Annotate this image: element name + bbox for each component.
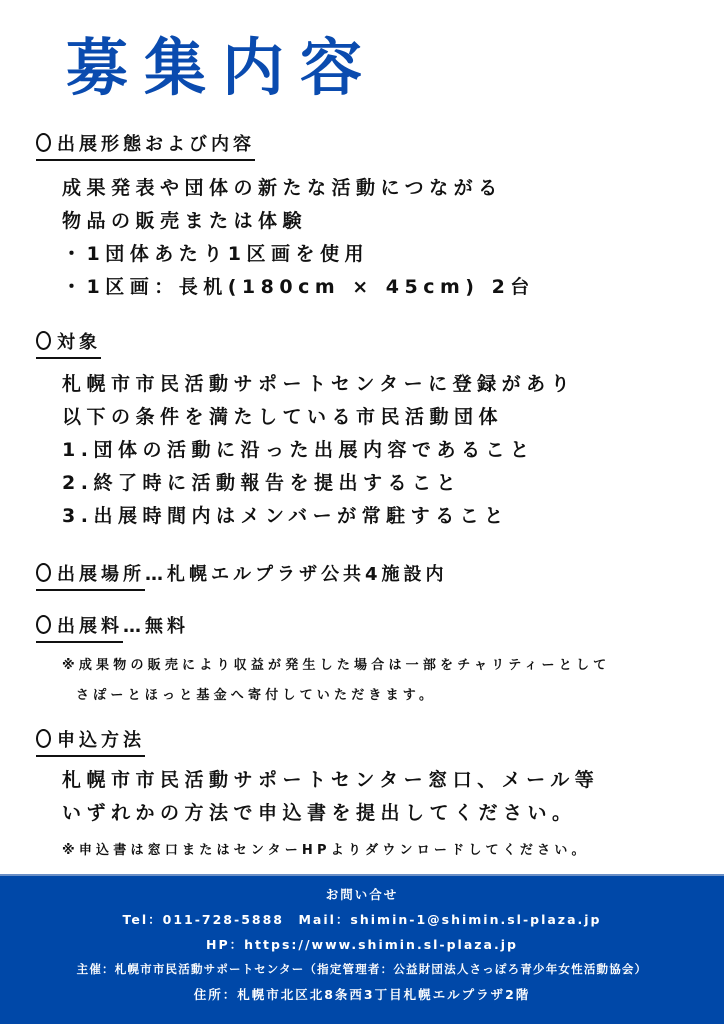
heading-text: 申込方法 — [57, 730, 145, 751]
footer-heading: お問い合せ — [0, 882, 724, 907]
section-body-target: 札幌市市民活動サポートセンターに登録があり 以下の条件を満たしている市民活動団体… — [62, 368, 575, 533]
page-title: 募集内容 — [66, 28, 378, 108]
body-line: 物品の販売または体験 — [62, 205, 535, 238]
body-line: ・1団体あたり1区画を使用 — [62, 238, 535, 271]
circle-bullet-icon — [36, 615, 51, 634]
heading-underline: 出展場所 — [36, 562, 145, 591]
heading-text: 出展形態および内容 — [57, 134, 255, 155]
body-line: 1.団体の活動に沿った出展内容であること — [62, 434, 575, 467]
body-line: 成果発表や団体の新たな活動につながる — [62, 172, 535, 205]
footer-address: 住所：札幌市北区北8条西3丁目札幌エルプラザ2階 — [0, 982, 724, 1007]
section-heading-application: 申込方法 — [36, 728, 145, 757]
body-line: ・1区画：長机(180cm × 45cm) 2台 — [62, 271, 535, 304]
heading-underline: 対象 — [36, 330, 101, 359]
section-heading-target: 対象 — [36, 330, 101, 359]
heading-underline: 出展料 — [36, 614, 123, 643]
body-line: 札幌市市民活動サポートセンター窓口、メール等 — [62, 764, 599, 797]
body-line: いずれかの方法で申込書を提出してください。 — [62, 797, 599, 830]
note-line: ※成果物の販売により収益が発生した場合は一部をチャリティーとして — [62, 651, 610, 681]
application-notes: ※申込書は窓口またはセンターHPよりダウンロードしてください。 — [62, 836, 589, 866]
heading-underline: 出展形態および内容 — [36, 132, 255, 161]
heading-text: 出展場所 — [57, 564, 145, 585]
note-line: ※申込書は窓口またはセンターHPよりダウンロードしてください。 — [62, 836, 589, 866]
contact-footer: お問い合せ Tel：011-728-5888 Mail：shimin-1@shi… — [0, 874, 724, 1024]
heading-underline: 申込方法 — [36, 728, 145, 757]
section-heading-format: 出展形態および内容 — [36, 132, 255, 161]
circle-bullet-icon — [36, 729, 51, 748]
heading-text: 対象 — [57, 332, 101, 353]
fee-value: …無料 — [123, 614, 189, 640]
circle-bullet-icon — [36, 331, 51, 350]
section-heading-fee: 出展料…無料 — [36, 614, 189, 643]
note-line: さぽーとほっと基金へ寄付していただきます。 — [62, 681, 610, 711]
footer-homepage: HP：https://www.shimin.sl-plaza.jp — [0, 932, 724, 957]
venue-value: …札幌エルプラザ公共4施設内 — [145, 562, 448, 588]
body-line: 2.終了時に活動報告を提出すること — [62, 467, 575, 500]
footer-contact: Tel：011-728-5888 Mail：shimin-1@shimin.sl… — [0, 907, 724, 932]
body-line: 3.出展時間内はメンバーが常駐すること — [62, 500, 575, 533]
heading-text: 出展料 — [57, 616, 123, 637]
fee-notes: ※成果物の販売により収益が発生した場合は一部をチャリティーとして さぽーとほっと… — [62, 651, 610, 711]
footer-organizer: 主催：札幌市市民活動サポートセンター（指定管理者：公益財団法人さっぽろ青少年女性… — [0, 957, 724, 982]
body-line: 札幌市市民活動サポートセンターに登録があり — [62, 368, 575, 401]
section-heading-venue: 出展場所…札幌エルプラザ公共4施設内 — [36, 562, 448, 591]
circle-bullet-icon — [36, 133, 51, 152]
circle-bullet-icon — [36, 563, 51, 582]
section-body-format: 成果発表や団体の新たな活動につながる 物品の販売または体験 ・1団体あたり1区画… — [62, 172, 535, 304]
body-line: 以下の条件を満たしている市民活動団体 — [62, 401, 575, 434]
section-body-application: 札幌市市民活動サポートセンター窓口、メール等 いずれかの方法で申込書を提出してく… — [62, 764, 599, 830]
